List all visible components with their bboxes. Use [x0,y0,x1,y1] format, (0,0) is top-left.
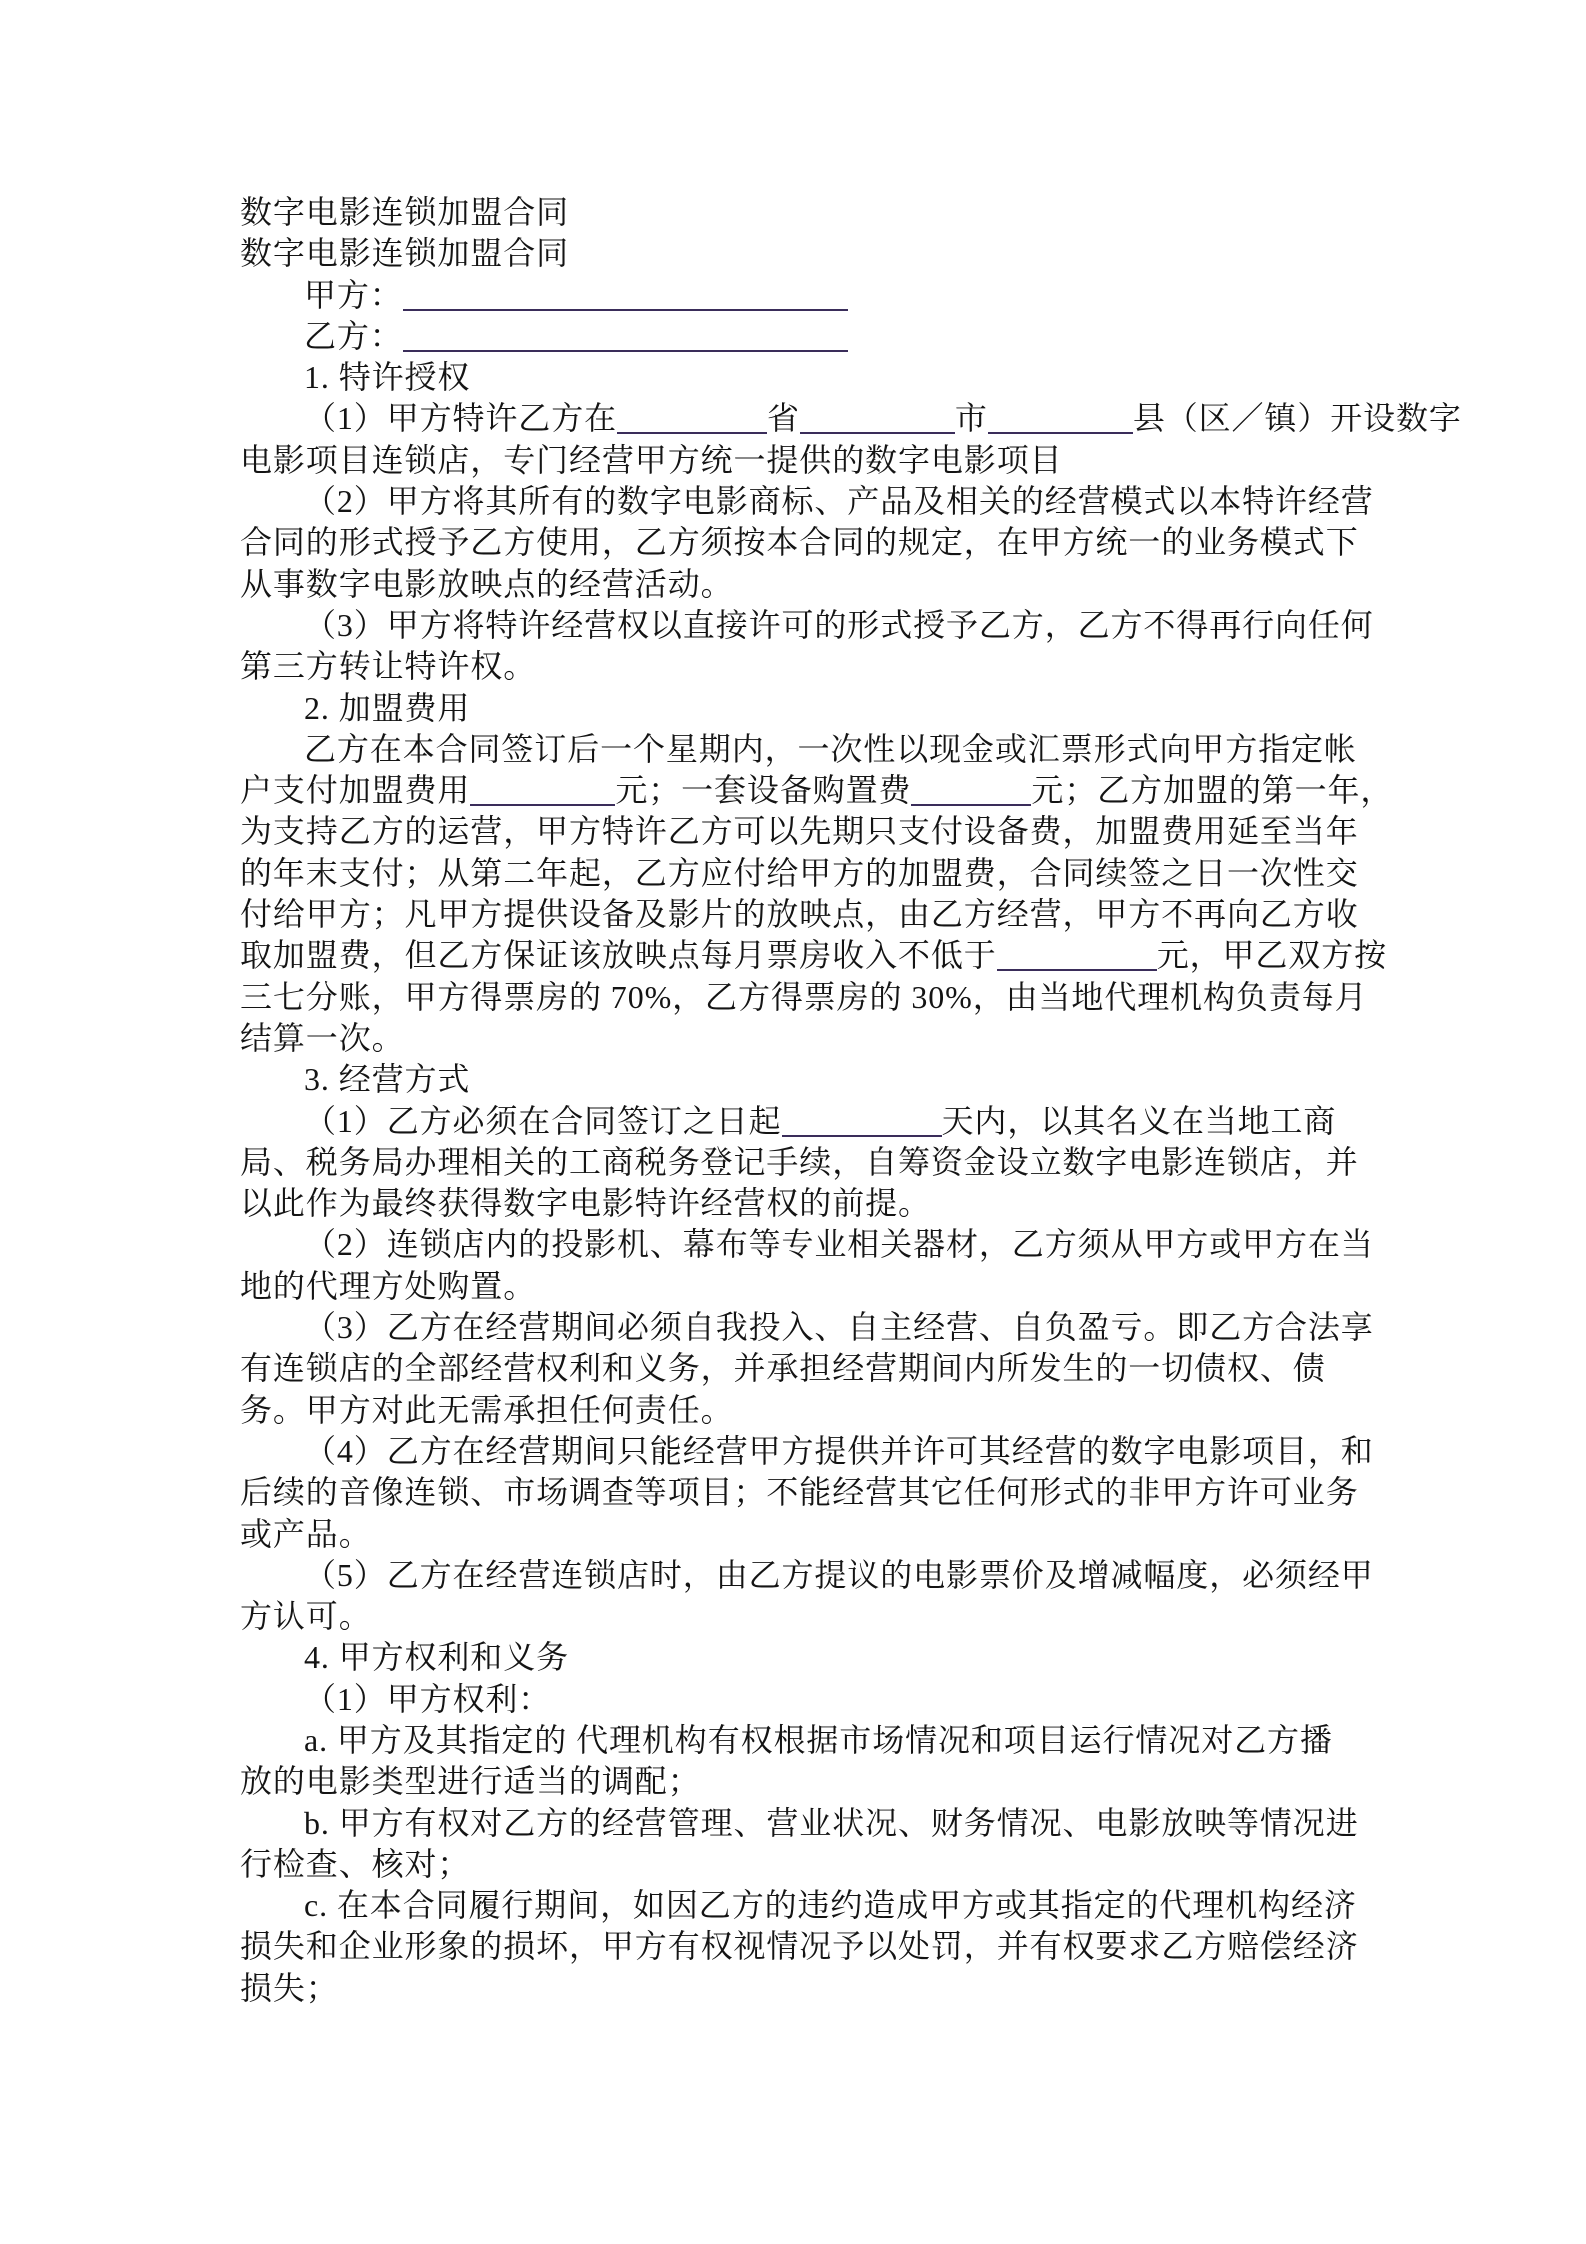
text-run: 付给甲方；凡甲方提供设备及影片的放映点，由乙方经营，甲方不再向乙方收 [240,896,1359,932]
party-a-line: 甲方： [240,275,1380,316]
text-run: 或产品。 [240,1516,372,1552]
clause-line: 局、税务局办理相关的工商税务登记手续，自筹资金设立数字电影连锁店，并 [240,1142,1380,1183]
text-run: 以此作为最终获得数字电影特许经营权的前提。 [240,1185,931,1221]
blank-field [403,283,848,311]
text-run: 县（区／镇）开设数字 [1133,400,1462,436]
clause-line: 第三方转让特许权。 [240,646,1380,687]
clause-line: 户支付加盟费用元；一套设备购置费元；乙方加盟的第一年， [240,770,1380,811]
text-run: 4. 甲方权利和义务 [304,1639,569,1675]
clause-line: a. 甲方及其指定的 代理机构有权根据市场情况和项目运行情况对乙方播 [240,1720,1380,1761]
text-run: 务。甲方对此无需承担任何责任。 [240,1392,734,1428]
blank-field [617,406,767,434]
text-run: （1）乙方必须在合同签订之日起 [304,1103,782,1139]
text-run: （1）甲方权利： [304,1681,551,1717]
clause-line: （4）乙方在经营期间只能经营甲方提供并许可其经营的数字电影项目，和 [240,1431,1380,1472]
text-run: 为支持乙方的运营，甲方特许乙方可以先期只支付设备费，加盟费用延至当年 [240,813,1359,849]
clause-line: 损失和企业形象的损坏，甲方有权视情况予以处罚，并有权要求乙方赔偿经济 [240,1926,1380,1967]
clause-line: 付给甲方；凡甲方提供设备及影片的放映点，由乙方经营，甲方不再向乙方收 [240,894,1380,935]
clause-line: 地的代理方处购置。 [240,1266,1380,1307]
title-line-1: 数字电影连锁加盟合同 [240,192,1380,233]
text-run: 甲方： [304,277,403,313]
text-run: 损失； [240,1970,339,2006]
text-run: （5）乙方在经营连锁店时，由乙方提议的电影票价及增减幅度，必须经甲 [304,1557,1374,1593]
section-1-heading: 1. 特许授权 [240,357,1380,398]
clause-line: 有连锁店的全部经营权利和义务，并承担经营期间内所发生的一切债权、债 [240,1348,1380,1389]
clause-line: 三七分账，甲方得票房的 70%，乙方得票房的 30%，由当地代理机构负责每月 [240,977,1380,1018]
text-run: 户支付加盟费用 [240,772,470,808]
clause-line: （1）乙方必须在合同签订之日起天内，以其名义在当地工商 [240,1101,1380,1142]
clause-line: 损失； [240,1968,1380,2009]
text-run: 乙方在本合同签订后一个星期内，一次性以现金或汇票形式向甲方指定帐 [304,731,1357,767]
text-run: 元，甲乙双方按 [1157,937,1387,973]
clause-line: （1）甲方权利： [240,1679,1380,1720]
text-run: 数字电影连锁加盟合同 [240,235,569,271]
text-run: 局、税务局办理相关的工商税务登记手续，自筹资金设立数字电影连锁店，并 [240,1144,1359,1180]
text-run: （4）乙方在经营期间只能经营甲方提供并许可其经营的数字电影项目，和 [304,1433,1374,1469]
text-run: 第三方转让特许权。 [240,648,536,684]
text-run: 取加盟费，但乙方保证该放映点每月票房收入不低于 [240,937,997,973]
clause-line: 从事数字电影放映点的经营活动。 [240,564,1380,605]
text-run: b. 甲方有权对乙方的经营管理、营业状况、财务情况、电影放映等情况进 [304,1805,1359,1841]
text-run: 1. 特许授权 [304,359,470,395]
text-run: 三七分账，甲方得票房的 70%，乙方得票房的 30%，由当地代理机构负责每月 [240,979,1368,1015]
party-b-line: 乙方： [240,316,1380,357]
text-run: 放的电影类型进行适当的调配； [240,1763,701,1799]
clause-line: （1）甲方特许乙方在省市县（区／镇）开设数字 [240,398,1380,439]
text-run: 后续的音像连锁、市场调查等项目；不能经营其它任何形式的非甲方许可业务 [240,1474,1359,1510]
text-run: 结算一次。 [240,1020,405,1056]
text-run: 行检查、核对； [240,1846,470,1882]
text-run: 有连锁店的全部经营权利和义务，并承担经营期间内所发生的一切债权、债 [240,1350,1326,1386]
section-2-heading: 2. 加盟费用 [240,688,1380,729]
text-run: （3）甲方将特许经营权以直接许可的形式授予乙方，乙方不得再行向任何 [304,607,1374,643]
blank-field [470,778,615,806]
clause-line: c. 在本合同履行期间，如因乙方的违约造成甲方或其指定的代理机构经济 [240,1885,1380,1926]
text-run: （3）乙方在经营期间必须自我投入、自主经营、自负盈亏。即乙方合法享 [304,1309,1374,1345]
blank-field [403,324,848,352]
blank-field [911,778,1031,806]
clause-line: （2）甲方将其所有的数字电影商标、产品及相关的经营模式以本特许经营 [240,481,1380,522]
clause-line: 取加盟费，但乙方保证该放映点每月票房收入不低于元，甲乙双方按 [240,935,1380,976]
blank-field [997,943,1157,971]
text-run: 从事数字电影放映点的经营活动。 [240,566,734,602]
clause-line: （3）甲方将特许经营权以直接许可的形式授予乙方，乙方不得再行向任何 [240,605,1380,646]
text-run: 元；乙方加盟的第一年， [1031,772,1393,808]
clause-line: 的年末支付；从第二年起，乙方应付给甲方的加盟费，合同续签之日一次性交 [240,853,1380,894]
blank-field [782,1109,942,1137]
text-run: 2. 加盟费用 [304,690,470,726]
clause-line: 结算一次。 [240,1018,1380,1059]
clause-line: 合同的形式授予乙方使用，乙方须按本合同的规定，在甲方统一的业务模式下 [240,522,1380,563]
clause-line: 行检查、核对； [240,1844,1380,1885]
text-run: 电影项目连锁店，专门经营甲方统一提供的数字电影项目 [240,442,1063,478]
text-run: 地的代理方处购置。 [240,1268,536,1304]
text-run: 3. 经营方式 [304,1061,470,1097]
text-run: a. 甲方及其指定的 代理机构有权根据市场情况和项目运行情况对乙方播 [304,1722,1333,1758]
text-run: （1）甲方特许乙方在 [304,400,617,436]
blank-field [988,406,1133,434]
clause-line: （2）连锁店内的投影机、幕布等专业相关器材，乙方须从甲方或甲方在当 [240,1224,1380,1265]
text-run: c. 在本合同履行期间，如因乙方的违约造成甲方或其指定的代理机构经济 [304,1887,1357,1923]
text-run: 合同的形式授予乙方使用，乙方须按本合同的规定，在甲方统一的业务模式下 [240,524,1359,560]
clause-line: 后续的音像连锁、市场调查等项目；不能经营其它任何形式的非甲方许可业务 [240,1472,1380,1513]
text-run: 元；一套设备购置费 [615,772,911,808]
text-run: 数字电影连锁加盟合同 [240,194,569,230]
clause-line: 乙方在本合同签订后一个星期内，一次性以现金或汇票形式向甲方指定帐 [240,729,1380,770]
clause-line: （3）乙方在经营期间必须自我投入、自主经营、自负盈亏。即乙方合法享 [240,1307,1380,1348]
clause-line: b. 甲方有权对乙方的经营管理、营业状况、财务情况、电影放映等情况进 [240,1803,1380,1844]
clause-line: 务。甲方对此无需承担任何责任。 [240,1390,1380,1431]
text-run: 方认可。 [240,1598,372,1634]
contract-document-page: 数字电影连锁加盟合同数字电影连锁加盟合同甲方：乙方：1. 特许授权（1）甲方特许… [0,0,1586,2244]
section-3-heading: 3. 经营方式 [240,1059,1380,1100]
document-body: 数字电影连锁加盟合同数字电影连锁加盟合同甲方：乙方：1. 特许授权（1）甲方特许… [240,192,1380,2009]
title-line-2: 数字电影连锁加盟合同 [240,233,1380,274]
clause-line: 放的电影类型进行适当的调配； [240,1761,1380,1802]
text-run: 市 [955,400,988,436]
clause-line: 或产品。 [240,1514,1380,1555]
clause-line: 电影项目连锁店，专门经营甲方统一提供的数字电影项目 [240,440,1380,481]
text-run: 损失和企业形象的损坏，甲方有权视情况予以处罚，并有权要求乙方赔偿经济 [240,1928,1359,1964]
text-run: 省 [767,400,800,436]
text-run: 乙方： [304,318,403,354]
text-run: 的年末支付；从第二年起，乙方应付给甲方的加盟费，合同续签之日一次性交 [240,855,1359,891]
clause-line: 为支持乙方的运营，甲方特许乙方可以先期只支付设备费，加盟费用延至当年 [240,811,1380,852]
text-run: 天内，以其名义在当地工商 [942,1103,1337,1139]
clause-line: 以此作为最终获得数字电影特许经营权的前提。 [240,1183,1380,1224]
text-run: （2）甲方将其所有的数字电影商标、产品及相关的经营模式以本特许经营 [304,483,1374,519]
section-4-heading: 4. 甲方权利和义务 [240,1637,1380,1678]
clause-line: 方认可。 [240,1596,1380,1637]
clause-line: （5）乙方在经营连锁店时，由乙方提议的电影票价及增减幅度，必须经甲 [240,1555,1380,1596]
blank-field [800,406,955,434]
text-run: （2）连锁店内的投影机、幕布等专业相关器材，乙方须从甲方或甲方在当 [304,1226,1374,1262]
